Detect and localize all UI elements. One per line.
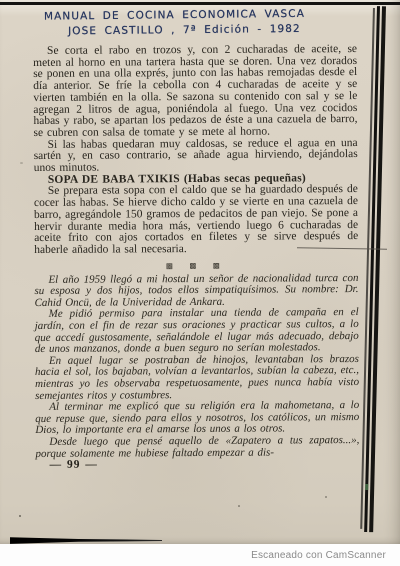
story-paragraph: El año 1959 llegó a mi hostal un señor d… (34, 273, 358, 310)
recipe-paragraph: Si las habas quedaran muy caldosas, se r… (34, 138, 358, 175)
scanner-footer-strip: Escaneado con CamScanner (0, 544, 400, 566)
story-paragraph: En aquel lugar se postraban de hinojos, … (35, 354, 359, 402)
scan-artifact-wedge (10, 537, 162, 544)
story-paragraph: Me pidió permiso para instalar una tiend… (35, 307, 359, 355)
top-rule-line (0, 2, 400, 5)
book-edge-lines (360, 6, 387, 532)
recipe-paragraph: Se corta el rabo en trozos y, con 2 cuch… (33, 44, 358, 140)
scan-speck (325, 496, 327, 498)
recipe-method-paragraph: Se prepara esta sopa con el caldo que se… (34, 184, 358, 256)
story-paragraph: Desde luego que pensé aquello de «Zapate… (35, 435, 359, 460)
annotation-line-1: MANUAL DE COCINA ECONOMICA VASCA (44, 8, 305, 23)
page-number: — 99 — (36, 458, 360, 472)
camscanner-watermark: Escaneado con CamScanner (251, 550, 400, 561)
printed-text-block: Se corta el rabo en trozos y, con 2 cuch… (33, 44, 360, 472)
scan-speck (365, 484, 368, 490)
scan-speck (19, 515, 21, 517)
scan-speck (238, 505, 240, 507)
book-page: MANUAL DE COCINA ECONOMICA VASCA JOSE CA… (0, 0, 400, 545)
scan-speck (20, 162, 23, 164)
handwritten-annotation: MANUAL DE COCINA ECONOMICA VASCA JOSE CA… (44, 6, 344, 39)
ornament-divider: ▩ ▩ ▩ (34, 260, 358, 271)
story-paragraph: Al terminar me explicó que su religión e… (35, 400, 359, 437)
annotation-line-2: JOSE CASTILLO , 7ª Edición - 1982 (44, 21, 344, 39)
scanned-page-screenshot: MANUAL DE COCINA ECONOMICA VASCA JOSE CA… (0, 0, 400, 566)
